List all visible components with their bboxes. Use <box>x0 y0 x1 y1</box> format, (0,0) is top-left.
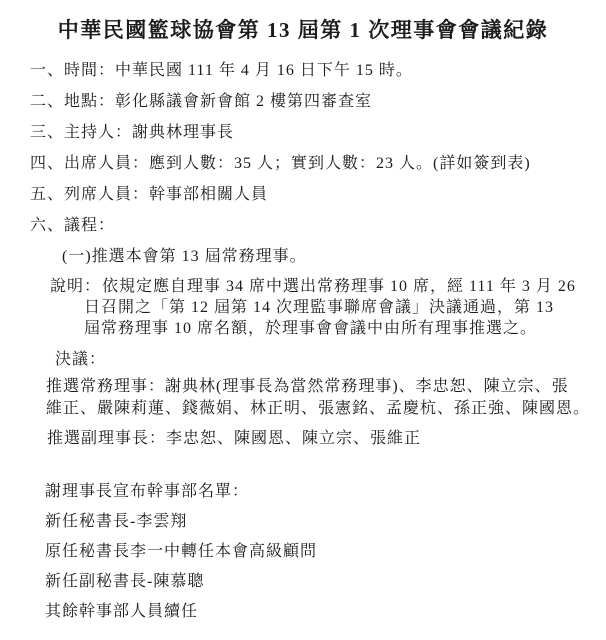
meta-item-place: 二、地點：彰化縣議會新會館 2 樓第四審查室 <box>30 93 606 110</box>
announcement-line-secretary-general: 新任秘書長-李雲翔 <box>45 513 606 530</box>
announcement-line-deputy-secretary: 新任副秘書長-陳慕聰 <box>45 573 606 590</box>
meeting-meta-list: 一、時間：中華民國 111 年 4 月 16 日下午 15 時。 二、地點：彰化… <box>0 62 606 234</box>
vice-chair-resolution-line: 推選副理事長：李忠恕、陳國恩、陳立宗、張維正 <box>47 430 606 447</box>
meeting-minutes-document: 中華民國籃球協會第 13 屆第 1 次理事會會議紀錄 一、時間：中華民國 111… <box>0 0 606 640</box>
meta-item-time: 一、時間：中華民國 111 年 4 月 16 日下午 15 時。 <box>30 62 606 79</box>
explanation-line: 屆常務理事 10 席名額，於理事會會議中由所有理事推選之。 <box>84 320 606 341</box>
announcement-line-former-secretary: 原任秘書長李一中轉任本會高級顧問 <box>45 543 606 560</box>
announcement-line-remaining-staff: 其餘幹事部人員續任 <box>45 603 606 620</box>
agenda-item-1-heading: (一)推選本會第 13 屆常務理事。 <box>62 248 606 265</box>
explanation-label: 說明： <box>50 278 102 299</box>
secretariat-announcement-list: 新任秘書長-李雲翔 原任秘書長李一中轉任本會高級顧問 新任副秘書長-陳慕聰 其餘… <box>0 513 606 620</box>
document-title: 中華民國籃球協會第 13 屆第 1 次理事會會議紀錄 <box>0 0 606 44</box>
standing-directors-resolution: 推選常務理事：謝典林(理事長為當然常務理事)、李忠恕、陳立宗、張 維正、嚴陳莉蓮… <box>0 378 606 422</box>
meta-item-observers: 五、列席人員：幹事部相關人員 <box>30 186 606 203</box>
resolution-label: 決議： <box>55 351 606 368</box>
standing-directors-line: 推選常務理事：謝典林(理事長為當然常務理事)、李忠恕、陳立宗、張 <box>46 378 606 400</box>
explanation-line: 依規定應自理事 34 席中選出常務理事 10 席，經 111 年 3 月 26 <box>102 278 576 299</box>
agenda-item-1-explanation: 說明： 依規定應自理事 34 席中選出常務理事 10 席，經 111 年 3 月… <box>0 278 606 341</box>
explanation-first-row: 說明： 依規定應自理事 34 席中選出常務理事 10 席，經 111 年 3 月… <box>50 278 606 299</box>
meta-item-attendees: 四、出席人員：應到人數：35 人；實到人數：23 人。(詳如簽到表) <box>30 155 606 172</box>
meta-item-chair: 三、主持人：謝典林理事長 <box>30 124 606 141</box>
secretariat-announcement-heading: 謝理事長宣布幹事部名單： <box>45 483 606 500</box>
meta-item-agenda: 六、議程： <box>30 217 606 234</box>
standing-directors-line: 維正、嚴陳莉蓮、錢薇娟、林正明、張憲銘、孟慶杭、孫正強、陳國恩。 <box>46 400 606 422</box>
explanation-line: 日召開之「第 12 屆第 14 次理監事聯席會議」決議通過，第 13 <box>84 299 606 320</box>
